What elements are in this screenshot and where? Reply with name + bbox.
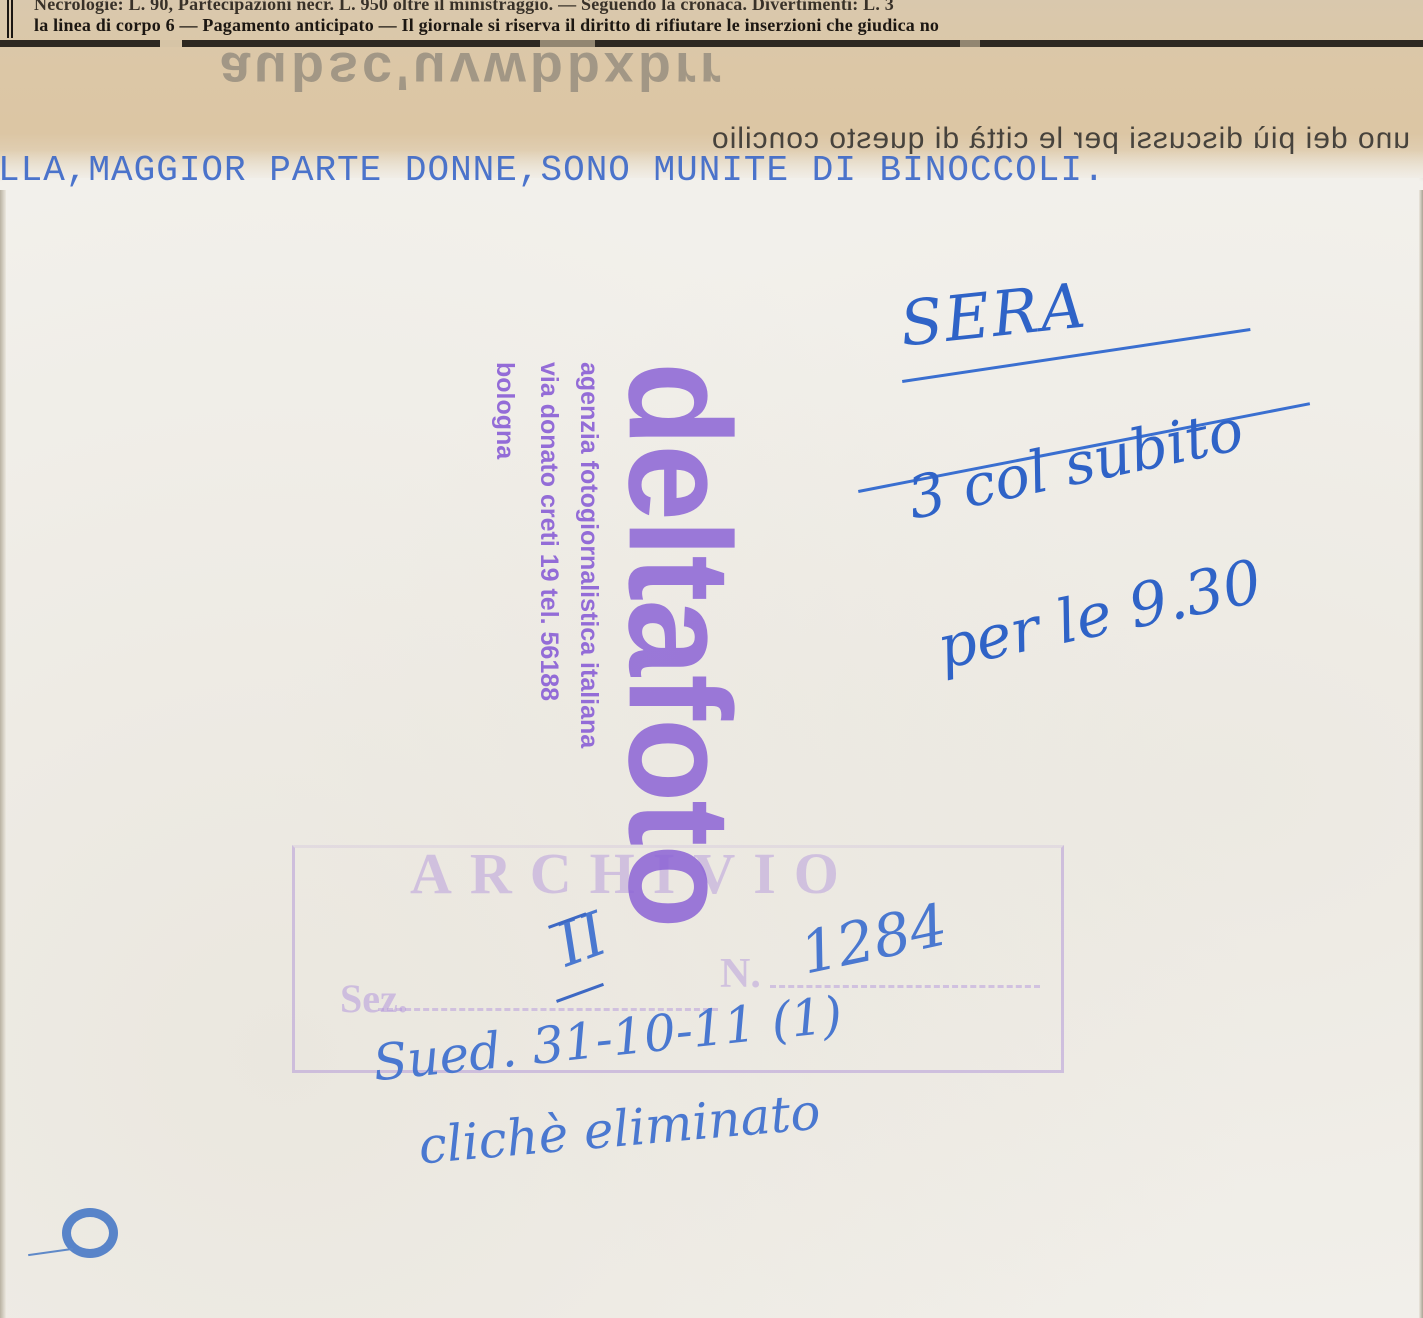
archive-number-label: N. [720,950,761,998]
bar-gap [960,40,980,47]
typed-caption: LLA,MAGGIOR PARTE DONNE,SONO MUNITE DI B… [0,150,1106,191]
agency-stamp: deltafoto agenzia fotogiornalistica ital… [444,362,754,922]
agency-stamp-line-3: bologna [490,362,520,922]
archive-section-label: Sez. [340,975,408,1022]
handwritten-circle-mark [62,1208,118,1258]
ghost-headline-bleed: aubsc'uvwbbxbrr [220,40,725,102]
column-rule [7,0,13,38]
paper-right-edge [1419,40,1423,1318]
paper-left-edge [0,40,6,1318]
agency-stamp-brand: deltafoto [600,362,758,922]
agency-stamp-line-2: via donato creti 19 tel. 56188 [534,362,564,922]
clipping-line-1: Necrologie: L. 90, Partecipazioni necr. … [34,0,894,15]
clipping-line-2: la linea di corpo 6 — Pagamento anticipa… [34,15,939,36]
bar-gap [160,40,182,47]
agency-stamp-line-1: agenzia fotogiornalistica italiana [574,362,604,922]
